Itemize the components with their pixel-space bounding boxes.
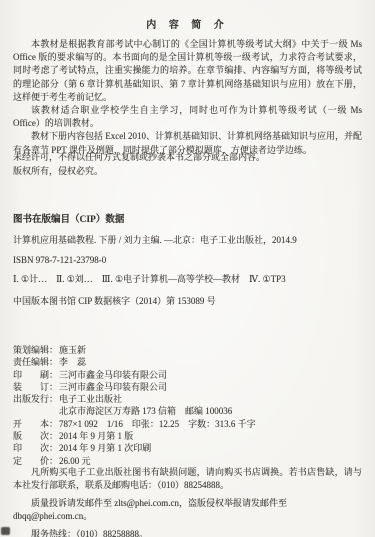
imprint-label: 印 次： [13, 442, 59, 454]
imprint-row-binder: 装 订：三河市鑫金马印装有限公司 [13, 381, 362, 393]
imprint-row-planning-editor: 策划编辑：施玉新 [13, 344, 362, 356]
imprint-row-printing: 印 次：2014 年 9 月第 1 次印刷 [13, 442, 362, 454]
cip-classification: Ⅰ. ①计… Ⅱ. ①刘… Ⅲ. ①电子计算机—高等学校—教材 Ⅳ. ①TP3 [13, 273, 362, 286]
title-section: 内 容 简 介 [13, 15, 362, 33]
cip-record-number: 中国版本图书馆 CIP 数据核字（2014）第 153089 号 [13, 295, 362, 308]
imprint-value: 26.00 元 [59, 456, 91, 466]
imprint-label: 装 订： [13, 381, 59, 393]
imprint-section: 策划编辑：施玉新 责任编辑：李 蕊 印 刷：三河市鑫金马印装有限公司 装 订：三… [13, 344, 362, 467]
intro-paragraph-2: 该教材适合职业学校学生自主学习，同时也可作为计算机等级考试（一级 Ms Offi… [13, 104, 362, 130]
imprint-label: 出版发行： [13, 393, 59, 405]
imprint-value: 2014 年 9 月第 1 版 [59, 431, 133, 441]
imprint-value: 2014 年 9 月第 1 次印刷 [59, 443, 151, 453]
footer-notes-section: 凡所购买电子工业出版社图书有缺损问题，请向购买书店调换。若书店售缺，请与本社发行… [13, 466, 362, 537]
imprint-value: 三河市鑫金马印装有限公司 [59, 370, 167, 380]
imprint-value: 电子工业出版社 [59, 394, 122, 404]
footer-note-exchange: 凡所购买电子工业出版社图书有缺损问题，请向购买书店调换。若书店售缺，请与本社发行… [13, 466, 362, 493]
imprint-row-edition: 版 次：2014 年 9 月第 1 版 [13, 430, 362, 442]
imprint-value: 787×1 092 1/16 印张：12.25 字数：313.6 千字 [59, 419, 256, 429]
intro-paragraph-1: 本教材是根据教育部考试中心制订的《全国计算机等级考试大纲》中关于一级 Ms Of… [13, 38, 362, 104]
copyright-line-1: 未经许可，不得以任何方式复制或抄袭本书之部分或全部内容。 [13, 151, 362, 165]
imprint-row-responsible-editor: 责任编辑：李 蕊 [13, 356, 362, 368]
imprint-value: 施玉新 [59, 345, 86, 355]
imprint-label: 策划编辑： [13, 344, 59, 356]
imprint-label: 开 本： [13, 418, 59, 430]
page-title: 内 容 简 介 [146, 20, 229, 31]
content-summary-section: 本教材是根据教育部考试中心制订的《全国计算机等级考试大纲》中关于一级 Ms Of… [13, 38, 362, 157]
imprint-label: 责任编辑： [13, 356, 59, 368]
copyright-line-2: 版权所有，侵权必究。 [13, 165, 362, 179]
imprint-label: 版 次： [13, 430, 59, 442]
book-copyright-page: 内 容 简 介 本教材是根据教育部考试中心制订的《全国计算机等级考试大纲》中关于… [0, 0, 375, 537]
imprint-value: 李 蕊 [59, 357, 86, 367]
imprint-value: 三河市鑫金马印装有限公司 [59, 382, 167, 392]
footer-note-contact-email: 质量投诉请发邮件至 zlts@phei.com.cn，盗版侵权举报请发邮件至 d… [13, 497, 362, 524]
cip-data-section: 图书在版编目（CIP）数据 计算机应用基础教程. 下册 / 刘力主编. —北京：… [13, 211, 362, 308]
imprint-row-format: 开 本：787×1 092 1/16 印张：12.25 字数：313.6 千字 [13, 418, 362, 430]
scan-corner-mark [1, 527, 10, 535]
cip-title-line: 计算机应用基础教程. 下册 / 刘力主编. —北京：电子工业出版社，2014.9 [13, 234, 362, 247]
imprint-row-publisher-address: 北京市海淀区万寿路 173 信箱 邮编 100036 [13, 405, 362, 417]
imprint-value: 北京市海淀区万寿路 173 信箱 邮编 100036 [59, 406, 232, 416]
imprint-row-printer: 印 刷：三河市鑫金马印装有限公司 [13, 369, 362, 381]
imprint-label: 印 刷： [13, 369, 59, 381]
imprint-row-publisher: 出版发行：电子工业出版社 [13, 393, 362, 405]
footer-note-hotline: 服务热线：（010）88258888。 [13, 528, 362, 537]
copyright-notice-section: 未经许可，不得以任何方式复制或抄袭本书之部分或全部内容。 版权所有，侵权必究。 [13, 151, 362, 178]
cip-heading: 图书在版编目（CIP）数据 [13, 211, 362, 225]
cip-isbn: ISBN 978-7-121-23798-0 [13, 254, 362, 267]
